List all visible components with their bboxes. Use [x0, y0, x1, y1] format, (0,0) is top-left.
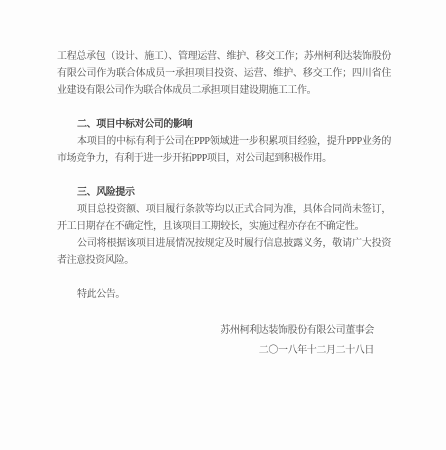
announcement-page: 工程总承包（设计、施工）、管理运营、维护、移交工作；苏州柯利达装饰股份有限公司作…	[0, 0, 446, 450]
closing-line: 特此公告。	[57, 286, 391, 303]
section3-heading: 三、风险提示	[57, 184, 391, 201]
section2-heading: 二、项目中标对公司的影响	[57, 116, 391, 133]
paragraph-continuation: 工程总承包（设计、施工）、管理运营、维护、移交工作；苏州柯利达装饰股份有限公司作…	[57, 48, 391, 99]
section2-body: 本项目的中标有利于公司在PPP领域进一步积累项目经验，提升PPP业务的市场竞争力…	[57, 133, 391, 167]
signature-company: 苏州柯利达装饰股份有限公司董事会	[57, 321, 374, 341]
section3-body-2: 公司将根据该项目进展情况按规定及时履行信息披露义务，敬请广大投资者注意投资风险。	[57, 235, 391, 269]
signature-date: 二〇一八年十二月二十八日	[57, 341, 374, 361]
signature-block: 苏州柯利达装饰股份有限公司董事会 二〇一八年十二月二十八日	[57, 321, 391, 361]
section3-body-1: 项目总投资额、项目履行条款等均以正式合同为准，具体合同尚未签订，开工日期存在不确…	[57, 201, 391, 235]
